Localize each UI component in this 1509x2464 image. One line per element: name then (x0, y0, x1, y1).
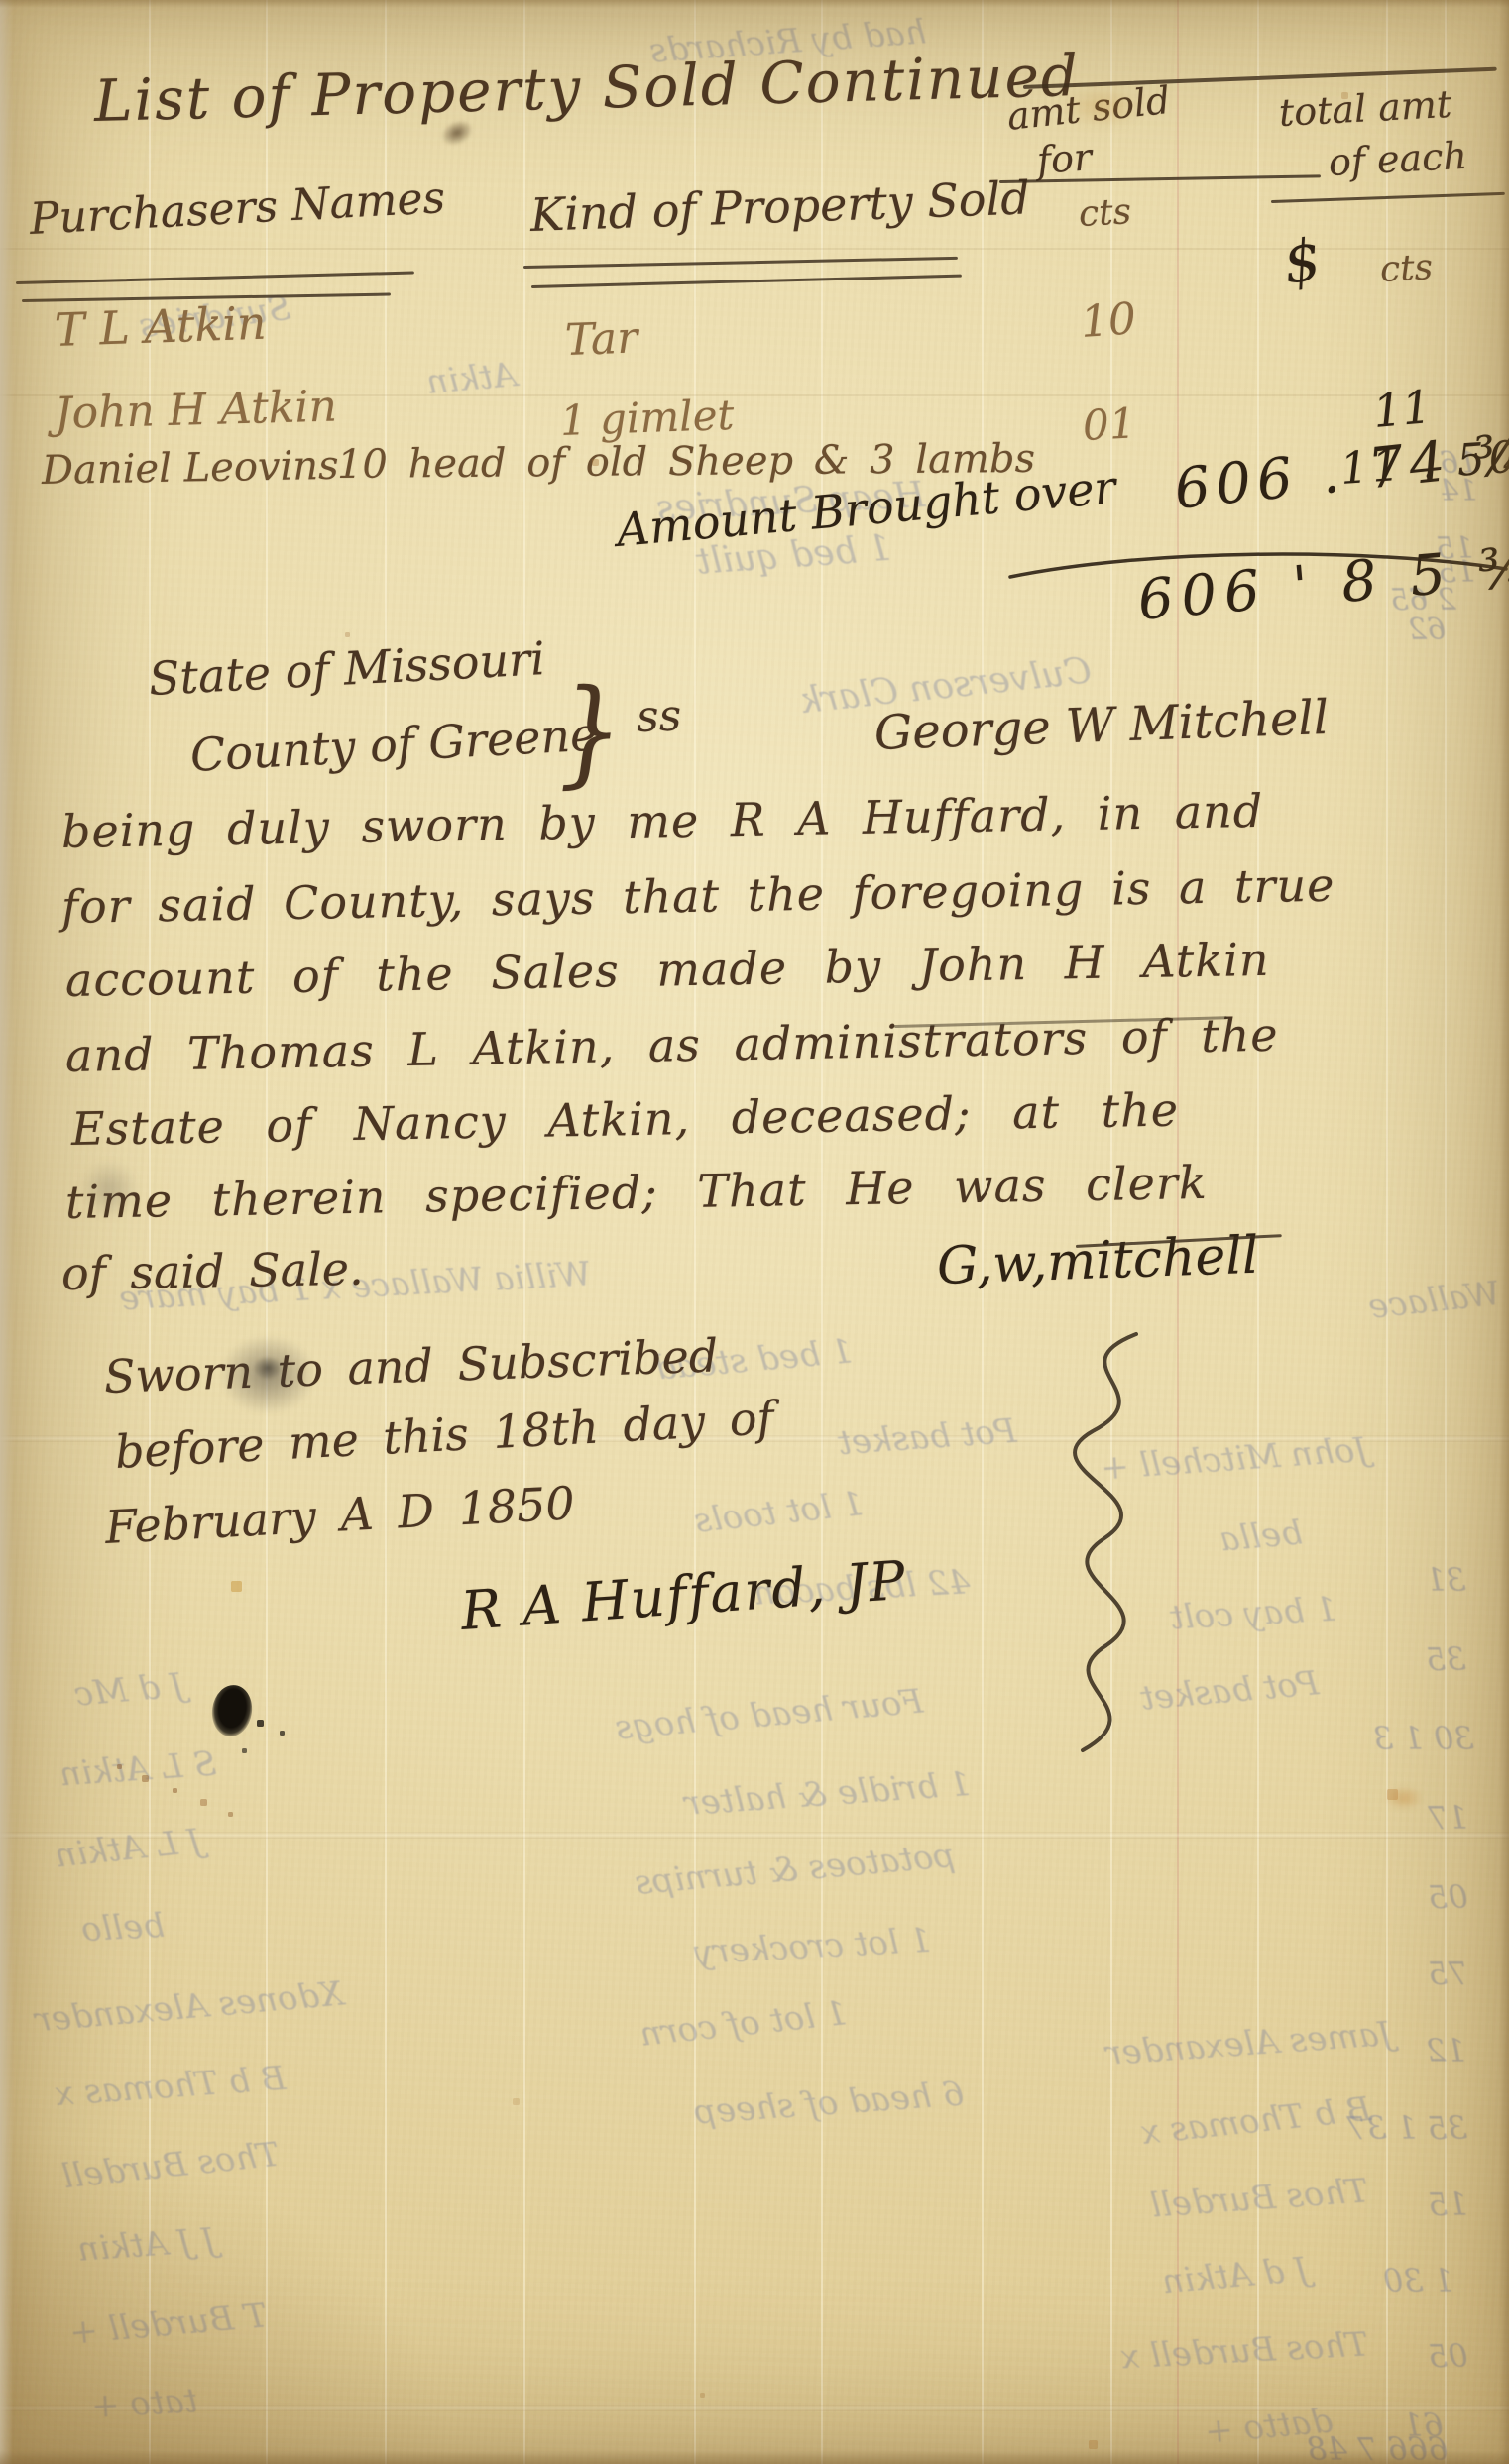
affidavit-state-line: State of Missouri (148, 631, 546, 706)
jurat-brace-squiggle (1019, 1330, 1168, 1756)
column-header-total-amt: total amt (1278, 82, 1452, 135)
bleed-through-text: 1 lot tools (692, 1484, 865, 1541)
stain (1384, 1786, 1424, 1810)
header-underline (531, 275, 962, 288)
ledger-rule-vertical (1386, 0, 1388, 2464)
bleed-through-number: 75 (1428, 1955, 1468, 1992)
bleed-through-text: 1 lot crockery (693, 1921, 932, 1972)
clerk-signature: G,w,mitchell (936, 1226, 1259, 1296)
bleed-through-text: J d Atkin (1161, 2250, 1311, 2302)
justice-signature: R A Huffard, JP (459, 1549, 909, 1642)
affidavit-county-line: County of Greene (189, 708, 599, 782)
column-subheader-cts: cts (1379, 247, 1434, 290)
bleed-through-number: 05 (1428, 2337, 1468, 2375)
paper-specks (0, 0, 1, 1)
bleed-through-text: potatoes & turnips (634, 1836, 957, 1903)
affidavit-body-line: Estate of Nancy Atkin, deceased; at the (71, 1083, 1180, 1156)
bleed-through-number: 31 (1426, 1561, 1466, 1599)
document-page: had by Richards Culverson Clark Heap Sun… (0, 0, 1509, 2464)
row-amount: 01 (1082, 398, 1137, 450)
header-underline (523, 257, 958, 269)
bleed-through-text: Wallace (1366, 1274, 1502, 1327)
ledger-rule-vertical (523, 0, 525, 2464)
affidavit-body-line: being duly sworn by me R A Huffard, in a… (61, 784, 1264, 858)
bleed-through-number: 62 (1408, 613, 1446, 647)
bleed-through-number: 05 (1428, 1878, 1468, 1916)
bleed-through-number: 35 1 37 (1346, 2109, 1467, 2147)
bleed-through-text: J L Atkin (53, 1821, 203, 1875)
bleed-through-text: bello (80, 1906, 166, 1950)
bleed-through-text: Four head of hogs (614, 1682, 925, 1748)
column-subheader-dollar: $ (1279, 225, 1325, 296)
affidavit-body-line: for said County, says that the foregoing… (61, 858, 1335, 934)
bleed-through-text: J J Atkin (76, 2220, 217, 2270)
scan-edge (0, 0, 1509, 8)
bleed-through-text: Thos Burdell x (1119, 2324, 1369, 2377)
bleed-through-number: 666 7 48 (1307, 2430, 1449, 2464)
row-purchaser: John H Atkin (54, 382, 337, 439)
county-brace: } (555, 662, 625, 800)
header-underline (1271, 192, 1505, 203)
bleed-through-number: 35 (1426, 1640, 1466, 1678)
bleed-through-text: bella (1218, 1512, 1304, 1559)
header-underline (16, 271, 414, 284)
paper-crease (0, 1832, 1509, 1839)
bleed-through-text: J d Mc (72, 1665, 185, 1715)
jurat-line: February A D 1850 (104, 1476, 576, 1554)
bleed-through-text: B b Thomas x (1139, 2089, 1373, 2153)
affidavit-body-line: of said Sale. (61, 1242, 365, 1300)
ink-blot (209, 1682, 256, 1738)
column-header-of-each: of each (1328, 134, 1468, 184)
bleed-through-text: James Alexander (1104, 2014, 1394, 2073)
bleed-through-text: tato + (90, 2381, 198, 2426)
bleed-through-text: Thos Burdell (1149, 2171, 1369, 2225)
row-property: Tar (564, 312, 638, 366)
row-total: 11 (1371, 380, 1434, 438)
bleed-through-text: B b Thomas x (54, 2059, 288, 2114)
bleed-through-number: 17 (1428, 1799, 1468, 1837)
affidavit-body-line: account of the Sales made by John H Atki… (65, 933, 1270, 1007)
ledger-rule-vertical (385, 0, 387, 2464)
bleed-through-text: Atkin (424, 355, 518, 402)
scan-edge (0, 2450, 1509, 2464)
row-purchaser: T L Atkin (54, 296, 267, 357)
bleed-through-number: 15 (1428, 2185, 1468, 2223)
column-header-kind: Kind of Property Sold (529, 170, 1030, 242)
row-amount: 10 (1079, 293, 1137, 348)
scan-edge (1499, 0, 1509, 2464)
ledger-rule-vertical (1445, 0, 1447, 2464)
scan-edge (0, 0, 13, 2464)
bleed-through-text: Pot basket (837, 1411, 1018, 1463)
page-title: List of Property Sold Continued (93, 42, 1081, 135)
bleed-through-number: 30 1 3 (1373, 1720, 1474, 1757)
affidavit-body-line: time therein specified; That He was cler… (65, 1156, 1209, 1229)
column-header-cts: cts (1078, 191, 1132, 235)
jurat-line: Sworn to and Subscribed (103, 1328, 719, 1403)
affidavit-ss: ss (636, 690, 682, 742)
column-header-purchasers: Purchasers Names (29, 172, 447, 245)
bleed-through-text: T Burdell + (68, 2296, 269, 2352)
bleed-through-number: 1 30 (1383, 2262, 1453, 2299)
bleed-through-text: S L Atkin (58, 1744, 218, 1795)
row-property: 1 gimlet (559, 391, 735, 445)
jurat-line: before me this 18th day of (114, 1391, 775, 1479)
bleed-through-text: 1 lot of corn (638, 1993, 849, 2055)
bleed-through-number: 12 (1426, 2032, 1466, 2070)
bleed-through-text: Thos Burdell (60, 2135, 282, 2197)
row-purchaser: Daniel Leovins (42, 443, 339, 494)
bleed-through-text: Xdones Alexander (34, 1973, 345, 2040)
ledger-rule-vertical (982, 0, 984, 2464)
bleed-through-text: 6 head of sheep (693, 2074, 966, 2133)
bleed-through-text: 1 bay colt (1169, 1590, 1337, 1638)
column-header-for: for (1035, 135, 1093, 182)
bleed-through-text: 1 bridle & halter (683, 1764, 972, 1824)
